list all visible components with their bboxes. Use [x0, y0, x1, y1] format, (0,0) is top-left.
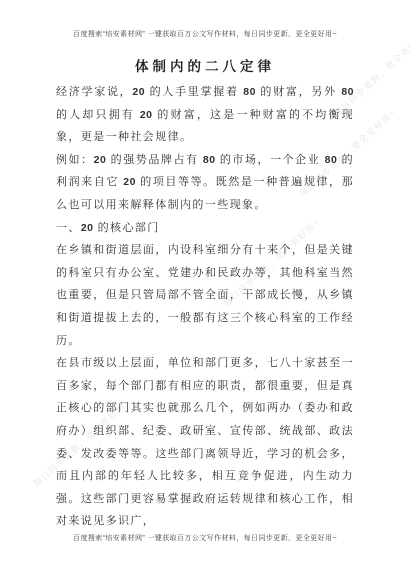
inline-number: 80: [341, 86, 354, 98]
document-page: 百度搜索“培安素材网” 一键获取百万公文写作材料，每日同步更新，更全更好用~ 每…: [0, 0, 410, 580]
inline-number: 20: [140, 109, 153, 121]
inline-number: 20: [94, 154, 107, 166]
inline-number: 20: [81, 222, 94, 234]
body-paragraph: 在乡镇和街道层面，内设科室细分有十来个，但是关键的科室只有办公室、党建办和民政办…: [56, 239, 354, 352]
body-paragraph: 在县市级以上层面，单位和部门更多，七八十家甚至一百多家，每个部门都有相应的职责，…: [56, 352, 354, 533]
inline-number: 80: [243, 86, 256, 98]
header-promo-text: 百度搜索“培安素材网” 一键获取百万公文写作材料，每日同步更新，更全更好用~: [0, 29, 410, 39]
footer-promo-text: 百度搜索“培安素材网” 一键获取百万公文写作材料，每日同步更新，更全更好用~: [0, 533, 410, 543]
inline-number: 20: [123, 176, 136, 188]
inline-number: 20: [132, 86, 145, 98]
document-body: 经济学家说，20 的人手里掌握着 80 的财富，另外 80 的人却只拥有 20 …: [56, 81, 354, 533]
page-title: 体制内的二八定律: [0, 55, 410, 75]
inline-number: 80: [325, 154, 338, 166]
body-paragraph: 例如：20 的强势品牌占有 80 的市场，一个企业 80 的利润来自它 20 的…: [56, 149, 354, 217]
body-paragraph: 经济学家说，20 的人手里掌握着 80 的财富，另外 80 的人却只拥有 20 …: [56, 81, 354, 149]
inline-number: 80: [203, 154, 216, 166]
section-heading: 一、20 的核心部门: [56, 217, 354, 240]
